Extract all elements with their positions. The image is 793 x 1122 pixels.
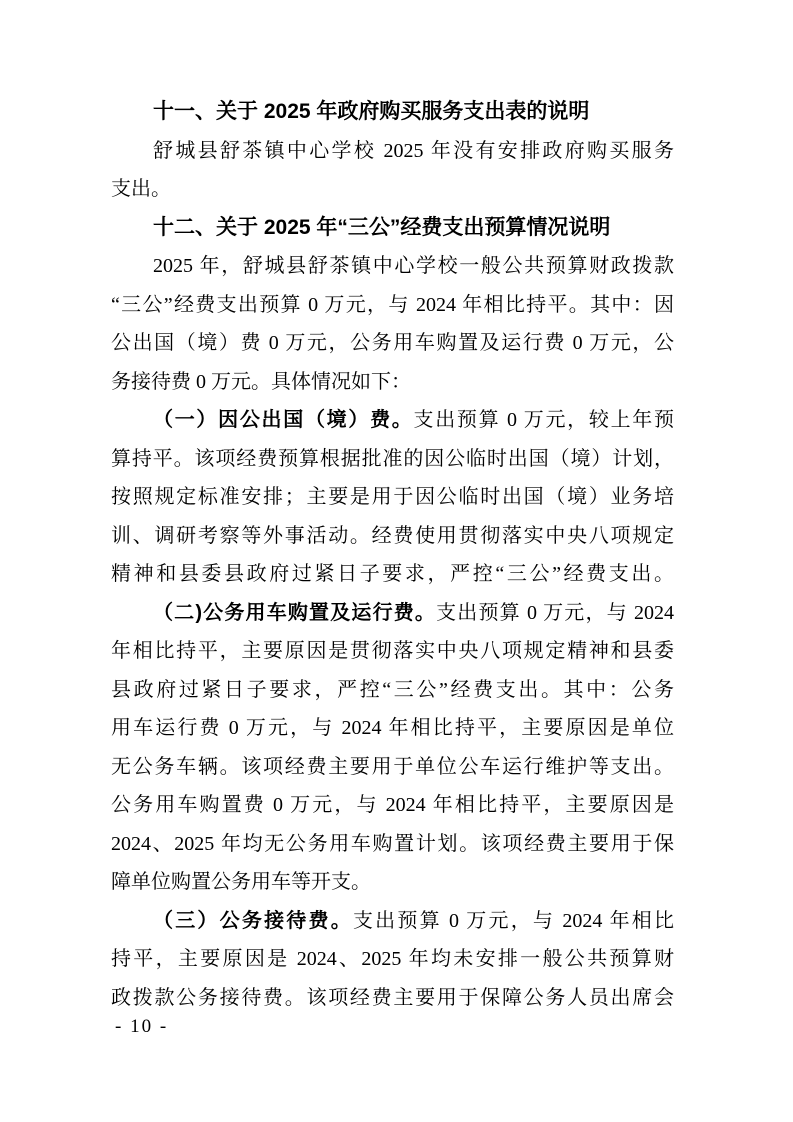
doc-line: 用车运行费 0 万元，与 2024 年相比持平，主要原因是单位 — [111, 709, 674, 748]
heading-section-12: 十二、关于 2025 年“三公”经费支出预算情况说明 — [111, 209, 674, 248]
heading-section-11: 十一、关于 2025 年政府购买服务支出表的说明 — [111, 93, 674, 132]
doc-line: 务接待费 0 万元。具体情况如下： — [111, 363, 674, 402]
doc-line: 无公务车辆。该项经费主要用于单位公车运行维护等支出。 — [111, 748, 674, 787]
doc-line-item-1: （一）因公出国（境）费。支出预算 0 万元，较上年预 — [111, 401, 674, 440]
doc-line-text: 支出预算 0 万元，与 2024 — [436, 602, 674, 624]
doc-line: 公出国（境）费 0 万元，公务用车购置及运行费 0 万元，公 — [111, 324, 674, 363]
doc-line: 政拨款公务接待费。该项经费主要用于保障公务人员出席会 — [111, 979, 674, 1018]
doc-line: 2024、2025 年均无公务用车购置计划。该项经费主要用于保 — [111, 825, 674, 864]
doc-line-text: 支出预算 0 万元，与 2024 年相比 — [353, 910, 674, 932]
doc-line: 公务用车购置费 0 万元，与 2024 年相比持平，主要原因是 — [111, 786, 674, 825]
page-number: - 10 - — [115, 1016, 168, 1038]
bold-lead-item-3: （三）公务接待费。 — [153, 910, 353, 932]
doc-line-item-2: （二)公务用车购置及运行费。支出预算 0 万元，与 2024 — [111, 594, 674, 633]
doc-line: 支出。 — [111, 170, 674, 209]
doc-line: 算持平。该项经费预算根据批准的因公临时出国（境）计划， — [111, 440, 674, 479]
document-page: 十一、关于 2025 年政府购买服务支出表的说明 舒城县舒茶镇中心学校 2025… — [0, 0, 793, 1122]
bold-lead-item-1: （一）因公出国（境）费。 — [153, 409, 414, 431]
doc-line: 舒城县舒茶镇中心学校 2025 年没有安排政府购买服务 — [111, 132, 674, 171]
doc-line: 障单位购置公务用车等开支。 — [111, 863, 674, 902]
doc-line: 按照规定标准安排；主要是用于因公临时出国（境）业务培 — [111, 478, 674, 517]
doc-line: 训、调研考察等外事活动。经费使用贯彻落实中央八项规定 — [111, 517, 674, 556]
bold-lead-item-2: （二)公务用车购置及运行费。 — [153, 602, 436, 624]
document-text-block: 十一、关于 2025 年政府购买服务支出表的说明 舒城县舒茶镇中心学校 2025… — [111, 93, 674, 1017]
doc-line-item-3: （三）公务接待费。支出预算 0 万元，与 2024 年相比 — [111, 902, 674, 941]
doc-line: 持平，主要原因是 2024、2025 年均未安排一般公共预算财 — [111, 940, 674, 979]
doc-line: 年相比持平，主要原因是贯彻落实中央八项规定精神和县委 — [111, 632, 674, 671]
doc-line-text: 支出预算 0 万元，较上年预 — [414, 409, 675, 431]
doc-line: “三公”经费支出预算 0 万元，与 2024 年相比持平。其中：因 — [111, 286, 674, 325]
doc-line: 县政府过紧日子要求，严控“三公”经费支出。其中：公务 — [111, 671, 674, 710]
doc-line: 精神和县委县政府过紧日子要求，严控“三公”经费支出。 — [111, 555, 674, 594]
doc-line: 2025 年，舒城县舒茶镇中心学校一般公共预算财政拨款 — [111, 247, 674, 286]
